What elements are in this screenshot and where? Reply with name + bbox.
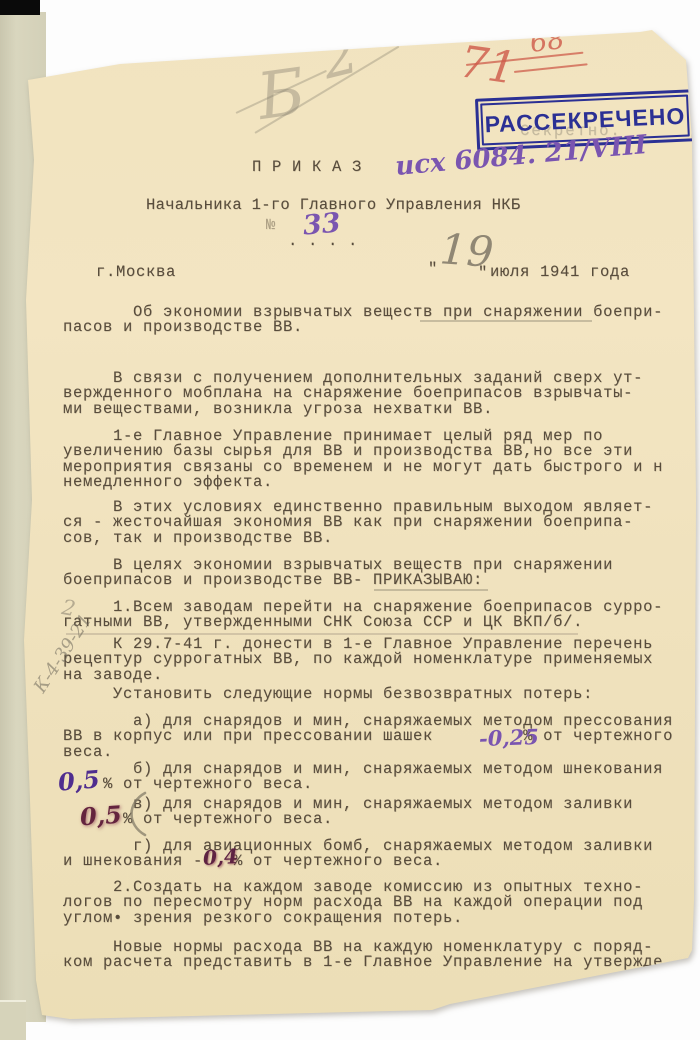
- item-v-paragraph: в) для снарядов и мин, снаряжаемых метод…: [63, 797, 700, 828]
- city-label: г.Москва: [96, 265, 176, 280]
- typed-line: % от чертежного веса.: [63, 777, 700, 792]
- page-shadow: Б 2 71 68 Секретно. РАССЕКРЕЧЕНО исх 608…: [0, 0, 700, 1040]
- typed-line: и шнекования - % от чертежного веса.: [63, 854, 700, 869]
- typed-line: немедленного эффекта.: [63, 475, 700, 490]
- loss-norm-g-value: 0,4: [202, 844, 238, 870]
- document-page: Б 2 71 68 Секретно. РАССЕКРЕЧЕНО исх 608…: [0, 0, 700, 1040]
- body-paragraph: 1-е Главное Управление принимает целый р…: [63, 429, 700, 491]
- date-quote-open: ": [428, 262, 438, 277]
- pencil-check-mark: [124, 791, 148, 837]
- typed-line: Установить следующие нормы безвозвратных…: [63, 687, 700, 702]
- body-paragraph: К 29.7-41 г. донести в 1-е Главное Управ…: [63, 637, 700, 683]
- loss-norm-a-value: -0,25: [479, 724, 540, 751]
- typed-line: на заводе.: [63, 668, 700, 683]
- subject-paragraph: Об экономии взрывчатых веществ при снаря…: [63, 305, 700, 336]
- scanned-document: Б 2 71 68 Секретно. РАССЕКРЕЧЕНО исх 608…: [0, 0, 700, 1040]
- typed-line: веса.: [63, 745, 700, 760]
- typed-line: ми веществами, возникла угроза нехватки …: [63, 402, 700, 417]
- body-paragraph: В этих условиях единственно правильным в…: [63, 500, 700, 546]
- typed-line: боеприпасов и производстве ВВ- ПРИКАЗЫВА…: [63, 573, 700, 588]
- typed-line: % от чертежного веса.: [63, 812, 700, 827]
- date-month-year: июля 1941 года: [490, 265, 630, 280]
- paragraph1-underline: [66, 633, 578, 635]
- typed-line: углом• зрения резкого сокращения потерь.: [63, 911, 700, 926]
- red-strike-line-2: [514, 63, 588, 73]
- typed-line: сов, так и производстве ВВ.: [63, 531, 700, 546]
- loss-norm-v-value: 0,5: [79, 800, 123, 832]
- typed-line: пасов и производстве ВВ.: [63, 320, 700, 335]
- body-paragraph: Установить следующие нормы безвозвратных…: [63, 687, 700, 702]
- order-title: П Р И К А З: [252, 160, 362, 175]
- body-paragraph: Новые нормы расхода ВВ на каждую номенкл…: [63, 940, 700, 971]
- order-number-handwritten: 33: [302, 207, 342, 241]
- body-paragraph: 2.Создать на каждом заводе комиссию из о…: [63, 880, 700, 926]
- date-quote-close: ": [478, 266, 488, 281]
- number-sign: №: [266, 218, 276, 233]
- typed-line: ВВ в корпус или при прессовании шашек % …: [63, 729, 700, 744]
- body-paragraph: В связи с получением дополнительных зада…: [63, 371, 700, 417]
- item-g-paragraph: г) для авиационных бомб, снаряжаемых мет…: [63, 839, 700, 870]
- typed-line: ком расчета представить в 1-е Главное Уп…: [63, 955, 700, 970]
- item-b-paragraph: б) для снарядов и мин, снаряжаемых метод…: [63, 762, 700, 793]
- typed-line: гатными ВВ, утвержденными СНК Союза ССР …: [63, 615, 700, 630]
- stamp-text: РАССЕКРЕЧЕНО: [484, 102, 686, 138]
- loss-norm-b-value: 0,5: [57, 764, 101, 797]
- body-paragraph: 1.Всем заводам перейти на снаряжение бое…: [63, 600, 700, 631]
- body-paragraph: В целях экономии взрывчатых веществ при …: [63, 558, 700, 589]
- item-a-paragraph: а) для снарядов и мин, снаряжаемых метод…: [63, 714, 700, 760]
- subject-underline: [420, 320, 592, 322]
- prikazyvayu-underline: [374, 589, 488, 591]
- pencil-mark-letter: Б: [253, 55, 310, 135]
